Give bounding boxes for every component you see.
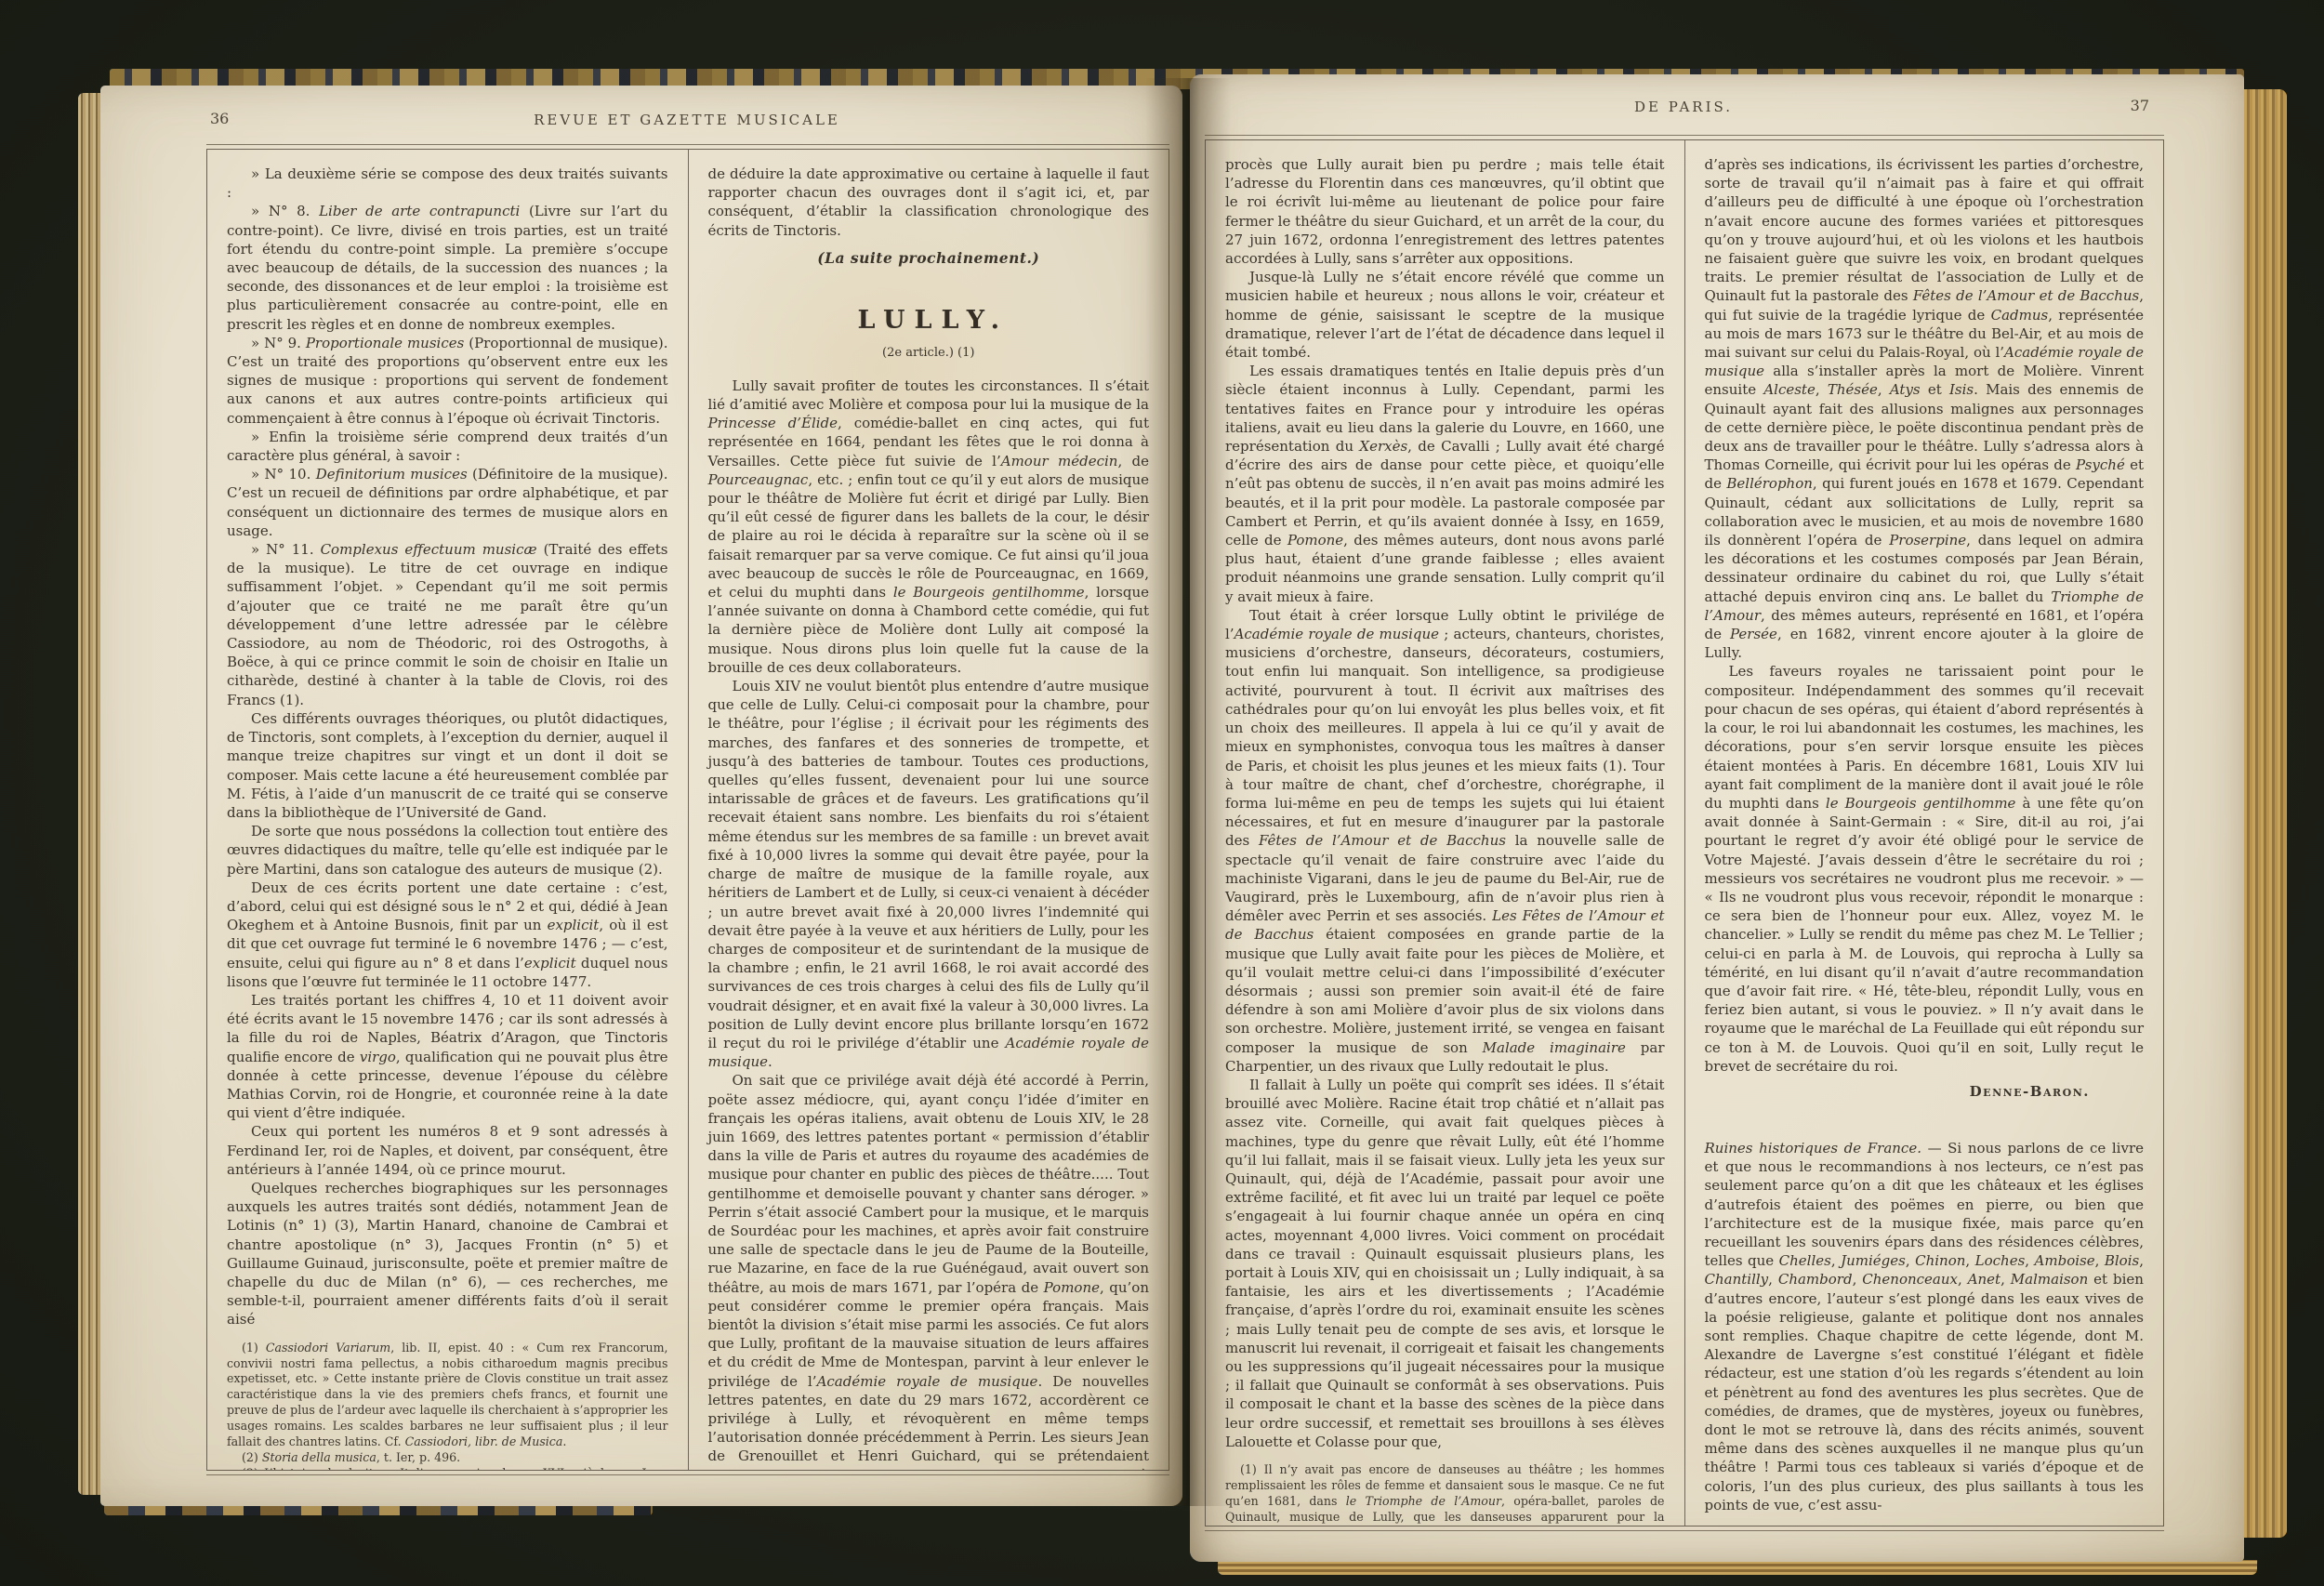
running-title: DE PARIS. bbox=[1205, 99, 2162, 115]
footnotes: (1) Il n’y avait pas encore de danseuses… bbox=[1225, 1451, 1665, 1526]
left-page-header: 36 REVUE ET GAZETTE MUSICALE bbox=[206, 112, 1168, 128]
page-number: 36 bbox=[210, 110, 229, 127]
paragraph: » N° 11. Complexus effectuum musicæ (Tra… bbox=[227, 540, 668, 709]
footnote: (2) Storia della musica, t. Ier, p. 496. bbox=[227, 1450, 668, 1466]
paragraph: Quelques recherches biographiques sur le… bbox=[227, 1179, 668, 1329]
column-body: » La deuxième série se compose des deux … bbox=[227, 165, 668, 1329]
footnote: (1) Cassiodori Variarum, lib. II, epist.… bbox=[227, 1341, 668, 1450]
paragraph: Les essais dramatiques tentés en Italie … bbox=[1225, 362, 1665, 606]
right-fore-edge bbox=[2244, 89, 2287, 1538]
footnote: (1) Il n’y avait pas encore de danseuses… bbox=[1225, 1462, 1665, 1526]
bottom-page-stack-edge bbox=[1218, 1560, 2257, 1575]
article-subtitle: (2e article.) (1) bbox=[708, 346, 1150, 360]
paragraph: Tout était à créer lorsque Lully obtint … bbox=[1225, 606, 1665, 1076]
paragraph: Louis XIV ne voulut bientôt plus entendr… bbox=[708, 677, 1150, 1071]
paragraph: » Enfin la troisième série comprend deux… bbox=[227, 428, 668, 465]
footnotes: (1) Cassiodori Variarum, lib. II, epist.… bbox=[227, 1329, 668, 1470]
paragraph: Il fallait à Lully un poëte qui comprît … bbox=[1225, 1076, 1665, 1451]
page-number: 37 bbox=[2131, 97, 2149, 114]
column-body: Jusque-là Lully ne s’était encore révélé… bbox=[1225, 268, 1665, 1451]
column-body: Lully savait profiter de toutes les circ… bbox=[708, 377, 1150, 1470]
paragraph: Jusque-là Lully ne s’était encore révélé… bbox=[1225, 268, 1665, 362]
running-title: REVUE ET GAZETTE MUSICALE bbox=[206, 112, 1168, 128]
to-be-continued-note: (La suite prochainement.) bbox=[708, 249, 1150, 267]
text-frame: procès que Lully aurait bien pu perdre ;… bbox=[1205, 139, 2164, 1527]
left-page: 36 REVUE ET GAZETTE MUSICALE » La deuxiè… bbox=[100, 86, 1182, 1506]
column-2: de déduire la date approximative ou cert… bbox=[689, 150, 1169, 1470]
right-page: DE PARIS. 37 procès que Lully aurait bie… bbox=[1190, 74, 2244, 1562]
author-signature: Denne-Baron. bbox=[1705, 1083, 2145, 1100]
paragraph: » N° 10. Definitorium musices (Définitoi… bbox=[227, 465, 668, 540]
paragraph: Lully savait profiter de toutes les circ… bbox=[708, 377, 1150, 677]
book-photo: { "left_page": { "page_number": "36", "r… bbox=[0, 0, 2324, 1586]
paragraph: De sorte que nous possédons la collectio… bbox=[227, 822, 668, 879]
column-1: procès que Lully aurait bien pu perdre ;… bbox=[1206, 140, 1685, 1526]
paragraph: Deux de ces écrits portent une date cert… bbox=[227, 879, 668, 991]
paragraph: Les traités portant les chiffres 4, 10 e… bbox=[227, 991, 668, 1122]
paragraph: Ces différents ouvrages théoriques, ou p… bbox=[227, 709, 668, 822]
continuation-paragraph: de déduire la date approximative ou cert… bbox=[708, 165, 1150, 240]
right-page-header: DE PARIS. 37 bbox=[1205, 99, 2162, 115]
footnote: (3) L’histoire du droit en Italie nous s… bbox=[227, 1466, 668, 1470]
paragraph: » La deuxième série se compose des deux … bbox=[227, 165, 668, 202]
left-page-stack-edge bbox=[78, 93, 102, 1495]
paragraph: » N° 9. Proportionale musices (Proportio… bbox=[227, 334, 668, 428]
column-1: » La deuxième série se compose des deux … bbox=[207, 150, 689, 1470]
paragraph: On sait que ce privilége avait déjà été … bbox=[708, 1071, 1150, 1470]
paragraph: » N° 8. Liber de arte contrapuncti (Livr… bbox=[227, 202, 668, 333]
continuation-paragraph: procès que Lully aurait bien pu perdre ;… bbox=[1225, 155, 1665, 268]
columns: » La deuxième série se compose des deux … bbox=[207, 150, 1169, 1470]
column-2: d’après ses indications, ils écrivissent… bbox=[1685, 140, 2164, 1526]
news-item: Ruines historiques de France. — Si nous … bbox=[1705, 1139, 2145, 1514]
text-frame: » La deuxième série se compose des deux … bbox=[206, 149, 1169, 1471]
paragraph: Ceux qui portent les numéros 8 et 9 sont… bbox=[227, 1122, 668, 1179]
columns: procès que Lully aurait bien pu perdre ;… bbox=[1206, 140, 2163, 1526]
article-title: LULLY. bbox=[708, 306, 1150, 335]
paragraph: Les faveurs royales ne tarissaient point… bbox=[1705, 662, 2145, 1075]
continuation-paragraph: d’après ses indications, ils écrivissent… bbox=[1705, 155, 2145, 662]
